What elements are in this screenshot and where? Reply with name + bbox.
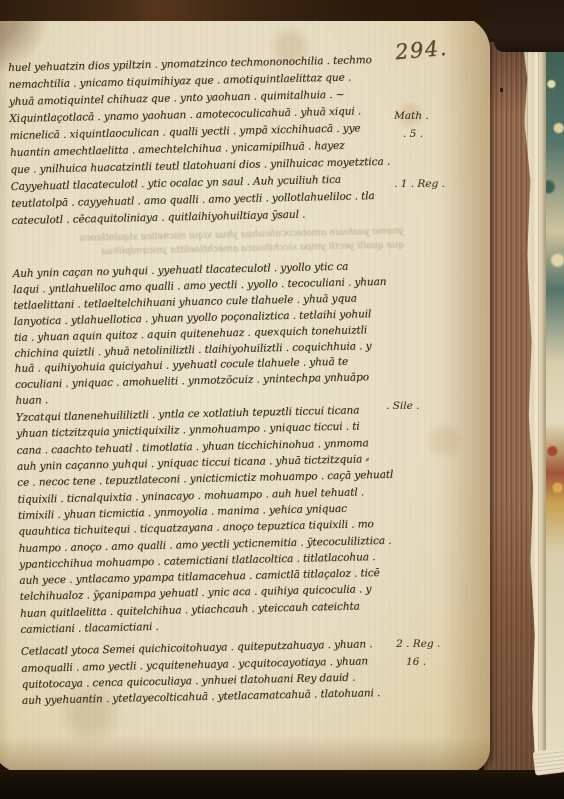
margin-note-2-kings-chapter: 16 .: [406, 656, 426, 668]
margin-note-simile: . Sile .: [386, 400, 419, 412]
binding-top-edge: [0, 0, 564, 21]
binding-bottom-edge: [0, 770, 564, 799]
binding-corner: [494, 0, 564, 52]
manuscript-paragraph: huel yehuatzin dios ypiltzin . ynomatzin…: [8, 51, 401, 111]
bottom-right-page-corner: [533, 748, 564, 775]
manuscript-paragraph: Xiquintlaçotlacā . ynamo yaohuan . amote…: [9, 102, 402, 179]
manuscript-page: 294. huel yehuatzin dios ypiltzin . ynom…: [0, 16, 490, 774]
manuscript-paragraph: Cayyehuatl tlacateculotl . ytic ocalac y…: [11, 170, 404, 230]
marbled-endpaper: [543, 40, 564, 774]
manuscript-paragraph: Yzcatqui tlanenehuililiztli . yntla ce x…: [16, 402, 413, 639]
margin-note-matthew-chapter: . 5 .: [403, 128, 423, 140]
margin-note-1-kings: . 1 . Reg .: [394, 178, 445, 190]
book-photo: 294. huel yehuatzin dios ypiltzin . ynom…: [0, 0, 564, 799]
margin-note-matthew: Math .: [394, 110, 429, 122]
manuscript-paragraph: Cetlacatl ytoca Semei quichicoitohuaya .…: [21, 636, 414, 710]
ink-speck: [500, 88, 503, 92]
manuscript-paragraph: Auh ynin caçan no yuhqui . yyehuatl tlac…: [13, 258, 408, 410]
folio-number: 294.: [394, 36, 449, 65]
margin-note-2-kings: 2 . Reg .: [396, 638, 440, 650]
text-layer: huel yehuatzin dios ypiltzin . ynomatzin…: [8, 51, 414, 709]
